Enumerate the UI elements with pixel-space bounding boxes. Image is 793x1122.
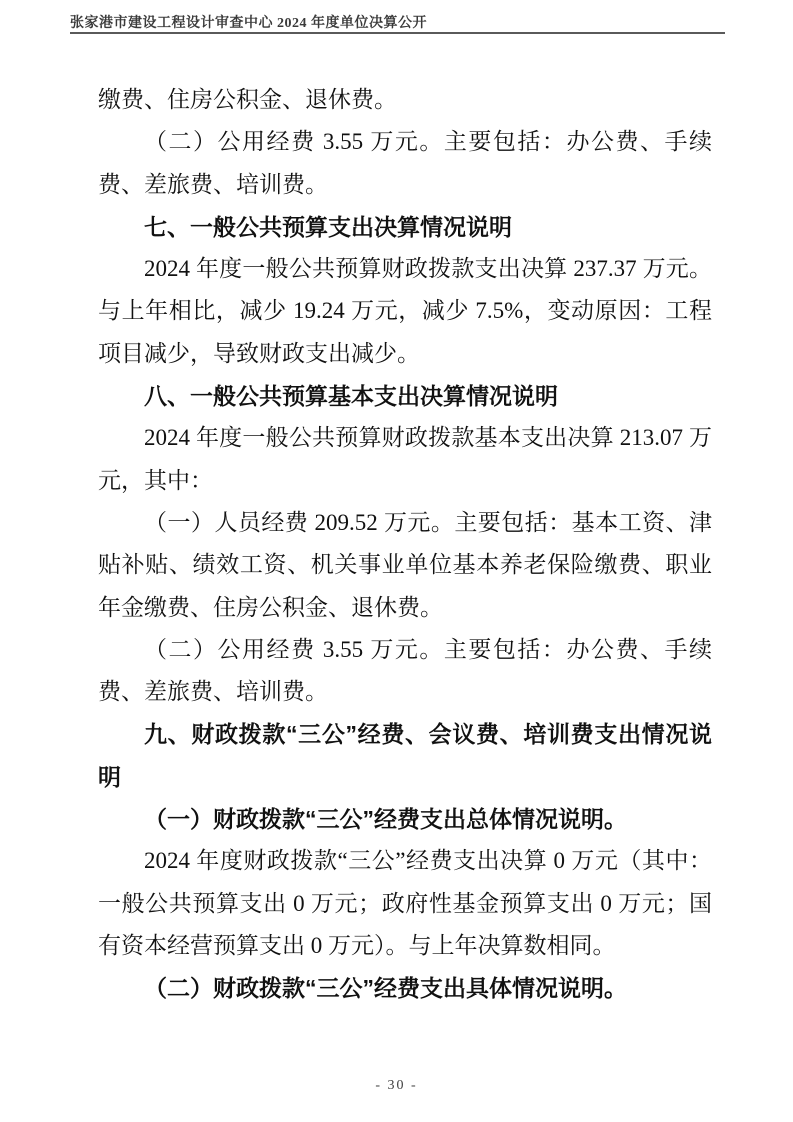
header-title: 张家港市建设工程设计审查中心 2024 年度单位决算公开	[70, 12, 427, 32]
document-body: 缴费、住房公积金、退休费。 （二）公用经费 3.55 万元。主要包括：办公费、手…	[98, 79, 712, 1010]
header-divider	[70, 32, 725, 34]
paragraph: 2024 年度一般公共预算财政拨款基本支出决算 213.07 万元，其中：	[98, 417, 712, 502]
section-heading-eight: 八、一般公共预算基本支出决算情况说明	[98, 375, 712, 417]
paragraph-continued: 缴费、住房公积金、退休费。	[98, 79, 712, 121]
paragraph: （二）公用经费 3.55 万元。主要包括：办公费、手续费、差旅费、培训费。	[98, 629, 712, 714]
paragraph: 2024 年度财政拨款“三公”经费支出决算 0 万元（其中：一般公共预算支出 0…	[98, 840, 712, 967]
paragraph: （一）人员经费 209.52 万元。主要包括：基本工资、津贴补贴、绩效工资、机关…	[98, 502, 712, 629]
paragraph: （二）公用经费 3.55 万元。主要包括：办公费、手续费、差旅费、培训费。	[98, 121, 712, 206]
subsection-heading-one: （一）财政拨款“三公”经费支出总体情况说明。	[98, 798, 712, 840]
paragraph: 2024 年度一般公共预算财政拨款支出决算 237.37 万元。与上年相比，减少…	[98, 248, 712, 375]
page-number: - 30 -	[375, 1078, 417, 1093]
section-heading-seven: 七、一般公共预算支出决算情况说明	[98, 206, 712, 248]
subsection-heading-two: （二）财政拨款“三公”经费支出具体情况说明。	[98, 967, 712, 1009]
document-page: 张家港市建设工程设计审查中心 2024 年度单位决算公开 缴费、住房公积金、退休…	[0, 0, 793, 1122]
page-footer: - 30 -	[0, 1078, 793, 1094]
section-heading-nine: 九、财政拨款“三公”经费、会议费、培训费支出情况说明	[98, 713, 712, 798]
